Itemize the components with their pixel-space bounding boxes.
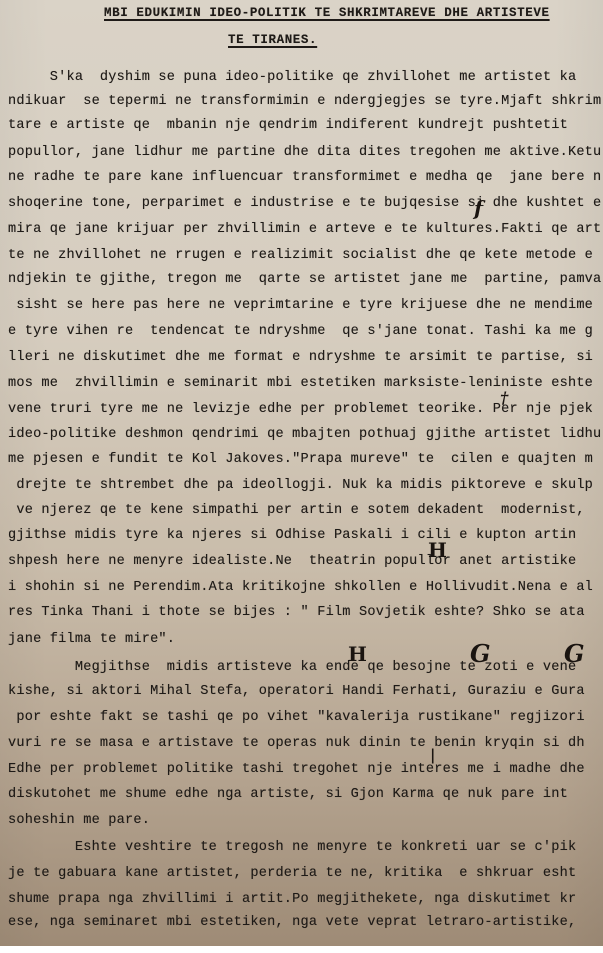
document-line: diskutohet me shume edhe nga artiste, si… [8,787,568,802]
document-line: lleri ne diskutimet dhe me format e ndry… [8,350,593,365]
handwritten-correction-mark: G [470,642,491,666]
document-line: ndikuar se tepermi ne transformimin e nd… [8,94,603,109]
document-line: je te gabuara kane artistet, perderia te… [8,866,576,881]
document-line: Edhe per problemet politike tashi tregoh… [8,762,585,777]
document-line: res Tinka Thani i thote se bijes : " Fil… [8,605,585,620]
document-line: ne radhe te pare kane influencuar transf… [8,170,601,185]
document-line: ese, nga seminaret mbi estetiken, nga ve… [8,915,576,930]
document-line: jane filma te mire". [8,632,175,647]
document-line: drejte te shtrembet dhe pa ideollogji. N… [8,478,593,493]
document-line: shpesh here ne menyre idealiste.Ne theat… [8,554,585,569]
handwritten-correction-mark: G [564,642,585,666]
document-line: tare e artiste qe mbanin nje qendrim ind… [8,118,568,133]
document-line: mira qe jane krijuar per zhvillimin e ar… [8,222,601,237]
document-line: shume prapa nga zhvillimi i artit.Po meg… [8,892,576,907]
handwritten-correction-mark: | [430,748,435,763]
document-line: S'ka dyshim se puna ideo-politike qe zhv… [8,70,576,85]
document-line: ve njerez qe te kene simpathi per artin … [8,503,585,518]
document-line: soheshin me pare. [8,813,150,828]
document-title-line-1: MBI EDUKIMIN IDEO-POLITIK TE SHKRIMTAREV… [104,6,550,20]
handwritten-correction-mark: ſ [474,198,483,218]
handwritten-correction-mark: H [348,644,367,664]
document-line: popullor, jane lidhur me partine dhe dit… [8,145,601,160]
document-line: shoqerine tone, perparimet e industrise … [8,196,601,211]
document-line: me pjesen e fundit te Kol Jakoves."Prapa… [8,452,593,467]
document-line: vuri re se masa e artistave te operas nu… [8,736,585,751]
typewritten-page: MBI EDUKIMIN IDEO-POLITIK TE SHKRIMTAREV… [0,0,603,946]
document-line: Megjithse midis artisteve ka ende qe bes… [8,660,585,675]
document-line: Eshte veshtire te tregosh ne menyre te k… [8,840,576,855]
document-line: te ne zhvillohet ne rrugen e realizimit … [8,248,593,263]
document-line: sisht se here pas here ne veprimtarine e… [8,298,593,313]
document-line: gjithse midis tyre ka njeres si Odhise P… [8,528,576,543]
document-title-line-2: TE TIRANES. [228,33,317,47]
document-line: ndjekin te gjithe, tregon me qarte se ar… [8,272,601,287]
handwritten-correction-mark: H [428,540,447,560]
document-line: e tyre vihen re tendencat te ndryshme qe… [8,324,593,339]
document-line: kishe, si aktori Mihal Stefa, operatori … [8,684,585,699]
document-line: ideo-politike deshmon qendrimi qe mbajte… [8,427,601,442]
document-line: i shohin si ne Perendim.Ata kritikojne s… [8,580,593,595]
document-line: por eshte fakt se tashi qe po vihet "kav… [8,710,585,725]
handwritten-correction-mark: † [500,390,508,406]
